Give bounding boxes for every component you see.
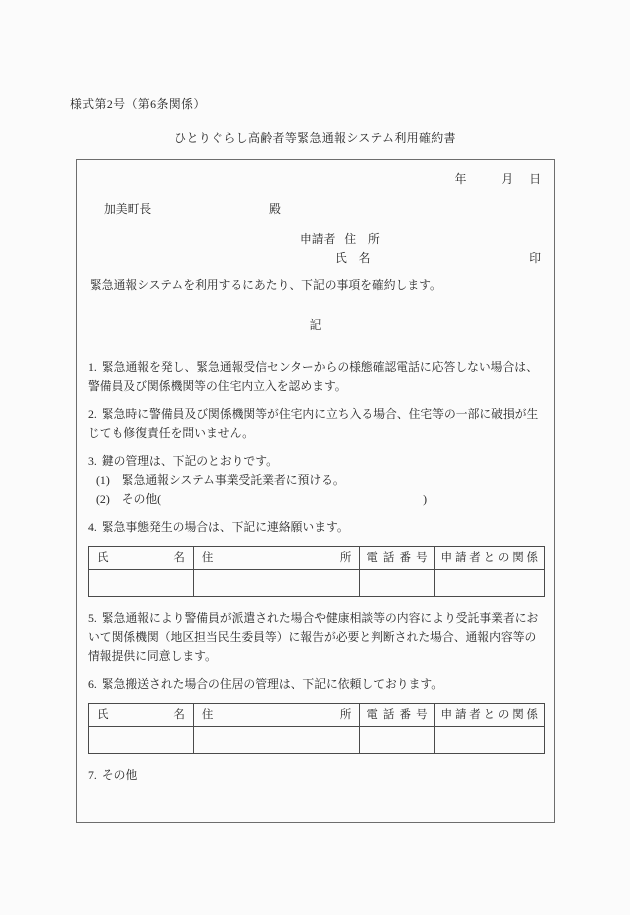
- contact-table-empty-row: [89, 570, 545, 597]
- emergency-contact-table: 氏名 住所 電話番号 申請者との関係: [88, 546, 545, 597]
- cell-phone: [360, 570, 434, 597]
- applicant-block: 申請者 住 所 氏 名 印: [77, 230, 554, 268]
- item-2-number: 2.: [88, 407, 97, 421]
- applicant-address-line: 申請者 住 所: [300, 230, 554, 249]
- date-day-label: 日: [529, 172, 541, 186]
- col-header-phone-label: 電話番号: [366, 549, 427, 568]
- item-5-number: 5.: [88, 611, 97, 625]
- col-header-phone-label: 電話番号: [366, 706, 427, 725]
- item-3-main: 3.鍵の管理は、下記のとおりです。: [88, 452, 544, 471]
- cell-address: [193, 570, 359, 597]
- form-number-label: 様式第2号（第6条関係）: [70, 95, 206, 114]
- col-header-name: 氏名: [89, 547, 194, 570]
- cell-phone: [360, 727, 434, 754]
- applicant-label: 申請者: [300, 232, 335, 246]
- item-7-number: 7.: [88, 768, 97, 782]
- col-header-address: 住所: [193, 547, 359, 570]
- date-line: 年 月 日: [77, 170, 554, 189]
- document-title: ひとりぐらし高齢者等緊急通報システム利用確約書: [0, 129, 630, 148]
- item-6-text: 緊急搬送された場合の住居の管理は、下記に依頼しております。: [102, 677, 443, 691]
- col-header-name: 氏名: [89, 704, 194, 727]
- housing-care-contact-table: 氏名 住所 電話番号 申請者との関係: [88, 703, 545, 754]
- item-7: 7.その他: [88, 766, 544, 785]
- col-header-relation-label: 申請者との関係: [441, 549, 538, 568]
- item-4-text: 緊急事態発生の場合は、下記に連絡願います。: [102, 520, 349, 534]
- col-header-address-label: 住所: [202, 549, 351, 568]
- seal-label: 印: [529, 249, 541, 268]
- item-5-text: 緊急通報により警備員が派遣された場合や健康相談等の内容により受託事業者において関…: [88, 611, 538, 663]
- item-2: 2.緊急時に警備員及び関係機関等が住宅内に立ち入る場合、住宅等の一部に破損が生じ…: [88, 405, 544, 443]
- item-4-number: 4.: [88, 520, 97, 534]
- cell-address: [193, 727, 359, 754]
- intro-text: 緊急通報システムを利用するにあたり、下記の事項を確約します。: [77, 276, 554, 295]
- item-3-sub-1-number: (1): [96, 473, 110, 487]
- cell-name: [89, 727, 194, 754]
- item-3: 3.鍵の管理は、下記のとおりです。 (1)緊急通報システム事業受託業者に預ける。…: [88, 452, 544, 509]
- item-3-sub-2-close-paren: ): [423, 492, 427, 506]
- col-header-name-label: 氏名: [97, 549, 185, 568]
- addressee-honorific: 殿: [269, 202, 281, 216]
- item-5: 5.緊急通報により警備員が派遣された場合や健康相談等の内容により受託事業者におい…: [88, 609, 544, 666]
- form-border-box: 年 月 日 加美町長 殿 申請者 住 所 氏 名 印 緊急通報システムを利用する…: [76, 159, 555, 823]
- item-3-sub-1: (1)緊急通報システム事業受託業者に預ける。: [88, 471, 544, 490]
- col-header-relation: 申請者との関係: [434, 547, 544, 570]
- addressee-line: 加美町長 殿: [77, 200, 554, 219]
- item-2-text: 緊急時に警備員及び関係機関等が住宅内に立ち入る場合、住宅等の一部に破損が生じても…: [88, 407, 538, 440]
- item-6-number: 6.: [88, 677, 97, 691]
- item-3-number: 3.: [88, 454, 97, 468]
- item-7-text: その他: [102, 768, 137, 782]
- item-3-text: 鍵の管理は、下記のとおりです。: [102, 454, 278, 468]
- applicant-name-label: 氏 名: [335, 251, 370, 265]
- item-3-sub-2: (2)その他(): [88, 490, 544, 509]
- document-page: 様式第2号（第6条関係） ひとりぐらし高齢者等緊急通報システム利用確約書 年 月…: [0, 0, 630, 915]
- col-header-address: 住所: [193, 704, 359, 727]
- col-header-relation: 申請者との関係: [434, 704, 544, 727]
- items-list: 1.緊急通報を発し、緊急通報受信センターからの様態確認電話に応答しない場合は、警…: [77, 358, 554, 785]
- record-heading: 記: [77, 316, 554, 335]
- item-3-sub-2-number: (2): [96, 492, 110, 506]
- col-header-relation-label: 申請者との関係: [441, 706, 538, 725]
- date-year-label: 年: [455, 172, 467, 186]
- contact-table-header-row: 氏名 住所 電話番号 申請者との関係: [89, 547, 545, 570]
- col-header-name-label: 氏名: [97, 706, 185, 725]
- applicant-name-line: 氏 名 印: [335, 249, 554, 268]
- item-3-sub-1-text: 緊急通報システム事業受託業者に預ける。: [122, 473, 345, 487]
- item-3-sub-2-text: その他(: [122, 492, 161, 506]
- item-1: 1.緊急通報を発し、緊急通報受信センターからの様態確認電話に応答しない場合は、警…: [88, 358, 544, 396]
- col-header-phone: 電話番号: [360, 704, 434, 727]
- item-4: 4.緊急事態発生の場合は、下記に連絡願います。: [88, 518, 544, 537]
- addressee-name: 加美町長: [104, 202, 151, 216]
- item-6: 6.緊急搬送された場合の住居の管理は、下記に依頼しております。: [88, 675, 544, 694]
- item-1-text: 緊急通報を発し、緊急通報受信センターからの様態確認電話に応答しない場合は、警備員…: [88, 360, 538, 393]
- contact-table-empty-row: [89, 727, 545, 754]
- cell-relation: [434, 727, 544, 754]
- col-header-address-label: 住所: [202, 706, 351, 725]
- cell-name: [89, 570, 194, 597]
- item-1-number: 1.: [88, 360, 97, 374]
- col-header-phone: 電話番号: [360, 547, 434, 570]
- contact-table-header-row: 氏名 住所 電話番号 申請者との関係: [89, 704, 545, 727]
- applicant-address-label: 住 所: [344, 232, 379, 246]
- date-month-label: 月: [501, 172, 513, 186]
- cell-relation: [434, 570, 544, 597]
